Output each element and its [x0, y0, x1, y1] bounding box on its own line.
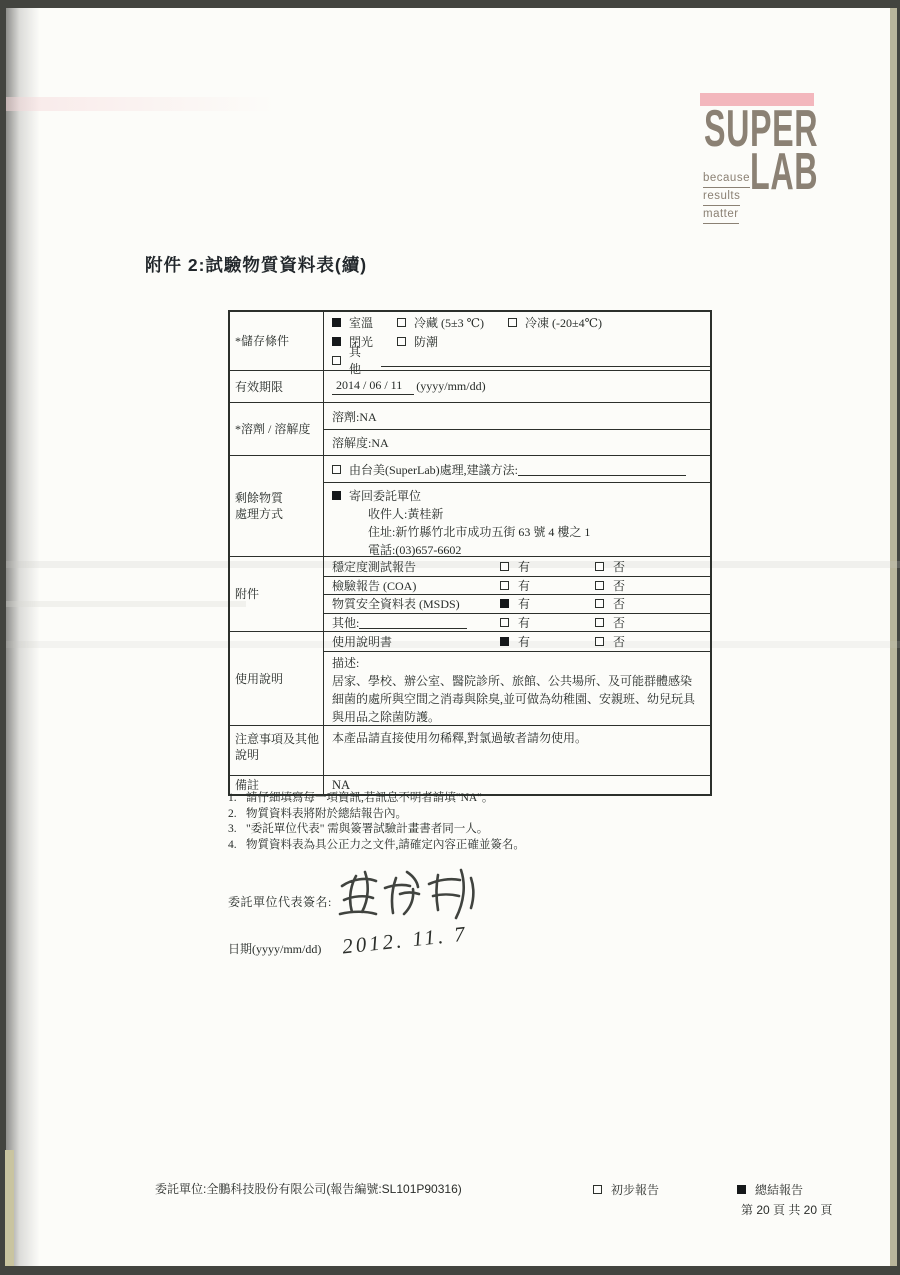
page-edge-right	[890, 8, 897, 1266]
description-text: 居家、學校、辦公室、醫院診所、旅館、公共場所、及可能群體感染細菌的處所與空間之消…	[332, 674, 695, 724]
storage-options-line3: 其他	[324, 352, 710, 369]
blank-line	[381, 354, 710, 367]
phone-line: 電話:(03)657-6602	[324, 540, 710, 558]
checkbox-refrigerated	[397, 318, 406, 327]
row-label: *儲存條件	[230, 312, 324, 370]
disposal-option-return: 寄回委託單位 收件人:黃桂新 住址:新竹縣竹北市成功五街 63 號 4 樓之 1…	[324, 482, 710, 556]
page-title: 附件 2:試驗物質資料表(續)	[145, 252, 367, 277]
row-attachments: 附件 穩定度測試報告 有 否 檢驗報告 (COA) 有 否 物質安全資料表 (M…	[230, 556, 710, 631]
substance-data-table: *儲存條件 室溫 冷藏 (5±3 ℃) 冷凍 (-20±4℃) 閉光 防潮 其他	[228, 310, 712, 796]
storage-options-line2: 閉光 防潮	[324, 333, 710, 350]
date-field-label: 日期(yyyy/mm/dd)	[228, 940, 321, 957]
row-label: *溶劑 / 溶解度	[230, 403, 324, 455]
row-solvent: *溶劑 / 溶解度 溶劑:NA 溶解度:NA	[230, 402, 710, 455]
footer-client-info: 委託單位:全鵬科技股份有限公司(報告編號:SL101P90316)	[155, 1180, 462, 1197]
checkbox-frozen	[508, 318, 517, 327]
expiry-date-value: 2014 / 06 / 11	[332, 378, 414, 395]
precautions-text: 本產品請直接使用勿稀釋,對氯過敏者請勿使用。	[324, 726, 710, 775]
row-storage-conditions: *儲存條件 室溫 冷藏 (5±3 ℃) 冷凍 (-20±4℃) 閉光 防潮 其他	[230, 312, 710, 370]
option-label: 防潮	[414, 333, 438, 350]
checkbox-yes	[500, 637, 509, 646]
checkbox-yes	[500, 581, 509, 590]
tagline-word: results	[703, 189, 740, 206]
footnotes: 1.請仔細填寫每一項資訊,若訊息不明者請填"NA"。 2.物質資料表將附於總結報…	[228, 791, 708, 853]
logo-tagline: because results matter	[703, 171, 750, 225]
checkbox-other-storage	[332, 356, 341, 365]
option-label: 由台美(SuperLab)處理,建議方法:	[349, 461, 518, 478]
blank-line	[518, 463, 686, 476]
blank-line	[359, 616, 467, 629]
checkbox-final	[737, 1185, 746, 1194]
footnote: 3."委託單位代表" 需與簽署試驗計畫書者同一人。	[228, 822, 708, 838]
attachment-row-coa: 檢驗報告 (COA) 有 否	[324, 576, 710, 595]
attachment-row-stability: 穩定度測試報告 有 否	[324, 557, 710, 576]
checkbox-superlab-handle	[332, 465, 341, 474]
row-label: 注意事項及其他 說明	[230, 726, 324, 775]
checkbox-no	[595, 618, 604, 627]
attachment-row-msds: 物質安全資料表 (MSDS) 有 否	[324, 594, 710, 613]
page-edge-left	[5, 1150, 14, 1266]
row-usage-instructions: 使用說明 使用說明書 有 否 描述: 居家、學校、辦公室、醫院診所、旅館、公共場…	[230, 631, 710, 725]
tagline-word: matter	[703, 207, 739, 224]
usage-description: 描述: 居家、學校、辦公室、醫院診所、旅館、公共場所、及可能群體感染細菌的處所與…	[324, 651, 710, 725]
checkbox-no	[595, 599, 604, 608]
option-label: 室溫	[349, 314, 373, 331]
expiry-format-hint: (yyyy/mm/dd)	[416, 379, 485, 394]
checkbox-no	[595, 637, 604, 646]
checkbox-yes	[500, 618, 509, 627]
row-expiry: 有效期限 2014 / 06 / 11 (yyyy/mm/dd)	[230, 370, 710, 402]
checkbox-return-to-client	[332, 491, 341, 500]
signature-handwriting	[332, 862, 502, 934]
checkbox-no	[595, 562, 604, 571]
option-label: 冷凍 (-20±4℃)	[525, 314, 602, 331]
page-number: 第 20 頁 共 20 頁	[741, 1201, 832, 1218]
checkbox-no	[595, 581, 604, 590]
row-label: 有效期限	[230, 371, 324, 402]
row-label: 剩餘物質 處理方式	[230, 456, 324, 556]
checkbox-yes	[500, 562, 509, 571]
scanned-report-page: SUPER LAB because results matter 附件 2:試驗…	[0, 0, 900, 1275]
recipient-line: 收件人:黃桂新	[324, 504, 710, 522]
option-label: 寄回委託單位	[349, 487, 421, 504]
solvent-value: 溶劑:NA	[324, 403, 710, 429]
manual-row: 使用說明書 有 否	[324, 632, 710, 651]
address-line: 住址:新竹縣竹北市成功五街 63 號 4 樓之 1	[324, 522, 710, 540]
checkbox-preliminary	[593, 1185, 602, 1194]
description-title: 描述:	[332, 656, 359, 670]
storage-options-line1: 室溫 冷藏 (5±3 ℃) 冷凍 (-20±4℃)	[324, 314, 710, 331]
footnote: 1.請仔細填寫每一項資訊,若訊息不明者請填"NA"。	[228, 791, 708, 807]
row-label: 使用說明	[230, 632, 324, 725]
attachment-row-other: 其他: 有 否	[324, 613, 710, 632]
footnote: 2.物質資料表將附於總結報告內。	[228, 807, 708, 823]
checkbox-moisture-proof	[397, 337, 406, 346]
solubility-value: 溶解度:NA	[324, 429, 710, 455]
row-precautions: 注意事項及其他 說明 本產品請直接使用勿稀釋,對氯過敏者請勿使用。	[230, 725, 710, 775]
footer-final-report: 總結報告	[737, 1181, 803, 1198]
option-label: 冷藏 (5±3 ℃)	[414, 314, 484, 331]
footnote: 4.物質資料表為具公正力之文件,請確定內容正確並簽名。	[228, 838, 708, 854]
checkbox-yes	[500, 599, 509, 608]
checkbox-room-temp	[332, 318, 341, 327]
tagline-word: because	[703, 171, 750, 188]
footer-preliminary-report: 初步報告	[593, 1181, 659, 1198]
signature-field-label: 委託單位代表簽名:	[228, 893, 332, 910]
row-disposal: 剩餘物質 處理方式 由台美(SuperLab)處理,建議方法: 寄回委託單位 收…	[230, 455, 710, 556]
superlab-logo: SUPER LAB because results matter	[700, 93, 820, 223]
disposal-option-superlab: 由台美(SuperLab)處理,建議方法:	[324, 456, 710, 482]
row-label: 附件	[230, 557, 324, 631]
